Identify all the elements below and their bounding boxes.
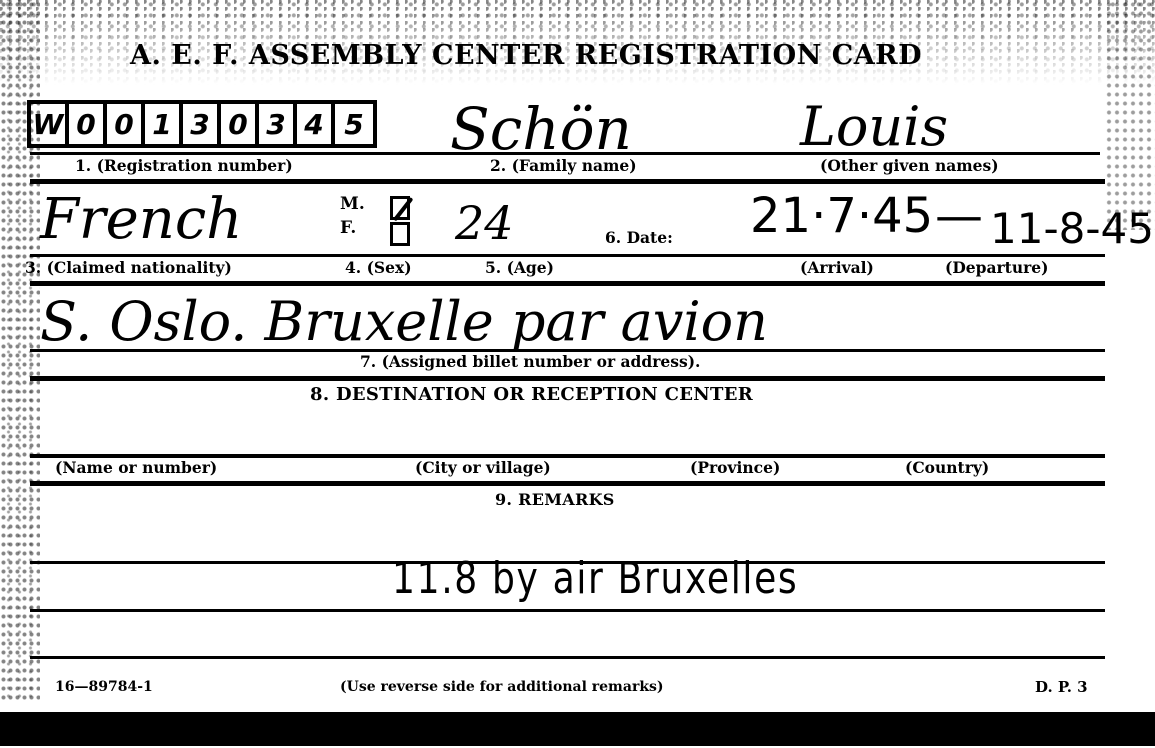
reg-digit: 0 [221, 104, 259, 144]
form-number: 16—89784-1 [55, 680, 153, 694]
destination-country-label: (Country) [905, 460, 989, 476]
assigned-billet-label: 7. (Assigned billet number or address). [360, 354, 700, 370]
reg-digit: 3 [183, 104, 221, 144]
reg-digit: 5 [335, 104, 373, 144]
assigned-billet-value: S. Oslo. Bruxelle par avion [40, 295, 768, 349]
rule [30, 656, 1105, 659]
sex-female-label: F. [340, 220, 356, 237]
reverse-side-note: (Use reverse side for additional remarks… [340, 680, 664, 694]
date-separator: — [935, 192, 983, 240]
rule [30, 481, 1105, 486]
remarks-value: 11.8 by air Bruxelles [392, 557, 798, 601]
claimed-nationality-label: 3. (Claimed nationality) [25, 260, 232, 276]
arrival-date-value: 21·7·45 [750, 192, 933, 240]
registration-card: A. E. F. ASSEMBLY CENTER REGISTRATION CA… [0, 0, 1155, 748]
sex-male-label: M. [340, 196, 365, 213]
rule [30, 376, 1105, 381]
destination-city-label: (City or village) [415, 460, 551, 476]
rule [30, 281, 1105, 286]
sex-female-checkbox[interactable] [390, 222, 410, 246]
remarks-heading: 9. REMARKS [495, 492, 615, 508]
age-label: 5. (Age) [485, 260, 554, 276]
claimed-nationality-value: French [40, 192, 242, 248]
age-value: 24 [455, 200, 514, 246]
reg-digit: 0 [107, 104, 145, 144]
rule [30, 609, 1105, 612]
scan-noise-right [1105, 0, 1155, 230]
departure-date-value: 11-8-45 [990, 208, 1154, 250]
other-given-names-label: (Other given names) [820, 158, 999, 174]
family-name-label: 2. (Family name) [490, 158, 637, 174]
reg-digit: W [31, 104, 69, 144]
reg-digit: 0 [69, 104, 107, 144]
form-code: D. P. 3 [1035, 680, 1088, 695]
rule [30, 254, 1105, 257]
destination-name-label: (Name or number) [55, 460, 217, 476]
sex-label: 4. (Sex) [345, 260, 412, 276]
scan-edge-bar [0, 712, 1155, 746]
sex-male-checkbox[interactable] [390, 196, 410, 220]
family-name-value: Schön [450, 100, 632, 158]
card-title: A. E. F. ASSEMBLY CENTER REGISTRATION CA… [130, 40, 1010, 71]
reg-digit: 4 [297, 104, 335, 144]
registration-number-boxes: W 0 0 1 3 0 3 4 5 [27, 100, 377, 148]
registration-number-label: 1. (Registration number) [75, 158, 293, 174]
reg-digit: 1 [145, 104, 183, 144]
destination-heading: 8. DESTINATION OR RECEPTION CENTER [310, 386, 753, 404]
other-given-names-value: Louis [800, 100, 948, 154]
destination-province-label: (Province) [690, 460, 780, 476]
rule [30, 152, 1100, 155]
date-label: 6. Date: [605, 230, 673, 246]
reg-digit: 3 [259, 104, 297, 144]
departure-label: (Departure) [945, 260, 1048, 276]
arrival-label: (Arrival) [800, 260, 874, 276]
rule [30, 179, 1105, 184]
